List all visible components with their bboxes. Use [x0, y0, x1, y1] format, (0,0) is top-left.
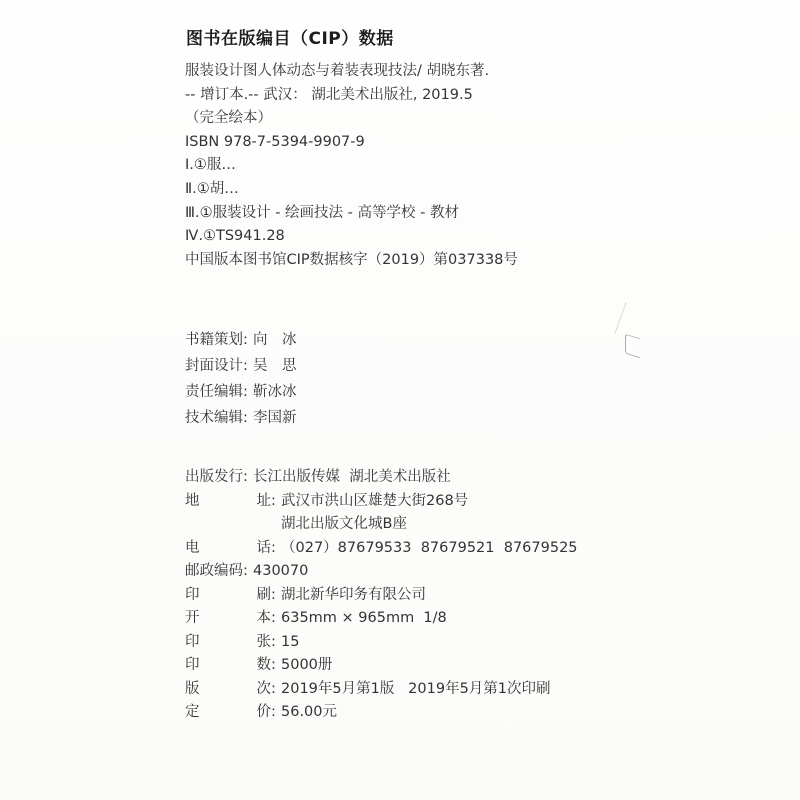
publication-block: 出版发行:长江出版传媒 湖北美术出版社 地址:武汉市洪山区雄楚大街268号 湖北… [185, 466, 578, 725]
pub-value: 5000册 [281, 654, 332, 678]
cip-line-series: （完全绘本） [185, 107, 518, 131]
colon: : [271, 490, 281, 514]
pub-row-price: 定价:56.00元 [185, 701, 578, 725]
pub-label: 邮政编码 [185, 560, 243, 584]
colon: : [243, 405, 253, 431]
pub-row-address: 地址:武汉市洪山区雄楚大街268号 [185, 490, 578, 514]
pub-value: 635mm × 965mm 1/8 [281, 607, 447, 631]
colon: : [243, 379, 253, 405]
cip-line-edition-publisher: -- 增订本.-- 武汉： 湖北美术出版社, 2019.5 [185, 84, 518, 108]
staff-row-cover-design: 封面设计:吴 思 [185, 353, 297, 379]
pub-value: 武汉市洪山区雄楚大街268号 [281, 490, 468, 514]
pub-row-phone: 电话:（027）87679533 87679521 87679525 [185, 537, 578, 561]
pub-label: 开本 [185, 607, 271, 631]
pub-label: 定价 [185, 701, 271, 725]
staff-value: 李国新 [253, 405, 297, 431]
staff-value: 吴 思 [253, 353, 297, 379]
pub-value: 湖北新华印务有限公司 [281, 584, 426, 608]
staff-row-editor: 责任编辑:靳冰冰 [185, 379, 297, 405]
colon: : [243, 327, 253, 353]
cip-data-block: 服装设计图人体动态与着装表现技法/ 胡晓东著. -- 增订本.-- 武汉： 湖北… [185, 60, 518, 272]
staff-label: 技术编辑 [185, 405, 243, 431]
staff-value: 向 冰 [253, 327, 297, 353]
colon: : [271, 607, 281, 631]
staff-row-planner: 书籍策划:向 冰 [185, 327, 297, 353]
scan-bracket-mark [625, 334, 640, 359]
cip-line-iii: Ⅲ.①服装设计 - 绘画技法 - 高等学校 - 教材 [185, 202, 518, 226]
pub-label: 出版发行 [185, 466, 243, 490]
staff-block: 书籍策划:向 冰 封面设计:吴 思 责任编辑:靳冰冰 技术编辑:李国新 [185, 327, 297, 431]
cip-line-ii: Ⅱ.①胡… [185, 178, 518, 202]
pub-value: 长江出版传媒 湖北美术出版社 [253, 466, 451, 490]
colon: : [271, 654, 281, 678]
pub-row-address-2: 湖北出版文化城B座 [185, 513, 578, 537]
pub-row-publisher: 出版发行:长江出版传媒 湖北美术出版社 [185, 466, 578, 490]
pub-value: 2019年5月第1版 2019年5月第1次印刷 [281, 678, 551, 702]
colon: : [243, 466, 253, 490]
staff-label: 书籍策划 [185, 327, 243, 353]
pub-value: 430070 [253, 560, 308, 584]
cip-title: 图书在版编目（CIP）数据 [186, 24, 394, 49]
pub-row-printer: 印刷:湖北新华印务有限公司 [185, 584, 578, 608]
pub-row-print-run: 印数:5000册 [185, 654, 578, 678]
colon: : [271, 701, 281, 725]
pub-label: 版次 [185, 678, 271, 702]
pub-row-format: 开本:635mm × 965mm 1/8 [185, 607, 578, 631]
cip-line-iv: Ⅳ.①TS941.28 [185, 225, 518, 249]
cip-line-title-author: 服装设计图人体动态与着装表现技法/ 胡晓东著. [185, 60, 518, 84]
colon: : [271, 584, 281, 608]
cip-line-verification: 中国版本图书馆CIP数据核字（2019）第037338号 [185, 249, 518, 273]
pub-row-edition: 版次:2019年5月第1版 2019年5月第1次印刷 [185, 678, 578, 702]
pub-row-sheets: 印张:15 [185, 631, 578, 655]
colon: : [271, 631, 281, 655]
pub-label: 印张 [185, 631, 271, 655]
colon: : [271, 537, 281, 561]
pub-value: （027）87679533 87679521 87679525 [281, 537, 578, 561]
scan-scratch-mark [615, 303, 628, 334]
staff-label: 封面设计 [185, 353, 243, 379]
colon: : [243, 560, 253, 584]
pub-value: 56.00元 [281, 701, 337, 725]
staff-label: 责任编辑 [185, 379, 243, 405]
pub-value: 湖北出版文化城B座 [185, 513, 407, 537]
pub-value: 15 [281, 631, 299, 655]
staff-row-tech-editor: 技术编辑:李国新 [185, 405, 297, 431]
colon: : [271, 678, 281, 702]
staff-value: 靳冰冰 [253, 379, 297, 405]
pub-label: 地址 [185, 490, 271, 514]
copyright-page: 图书在版编目（CIP）数据 服装设计图人体动态与着装表现技法/ 胡晓东著. --… [0, 0, 800, 800]
cip-line-isbn: ISBN 978-7-5394-9907-9 [185, 131, 518, 155]
pub-label: 印数 [185, 654, 271, 678]
pub-row-postcode: 邮政编码:430070 [185, 560, 578, 584]
pub-label: 电话 [185, 537, 271, 561]
colon: : [243, 353, 253, 379]
cip-line-i: Ⅰ.①服… [185, 154, 518, 178]
pub-label: 印刷 [185, 584, 271, 608]
